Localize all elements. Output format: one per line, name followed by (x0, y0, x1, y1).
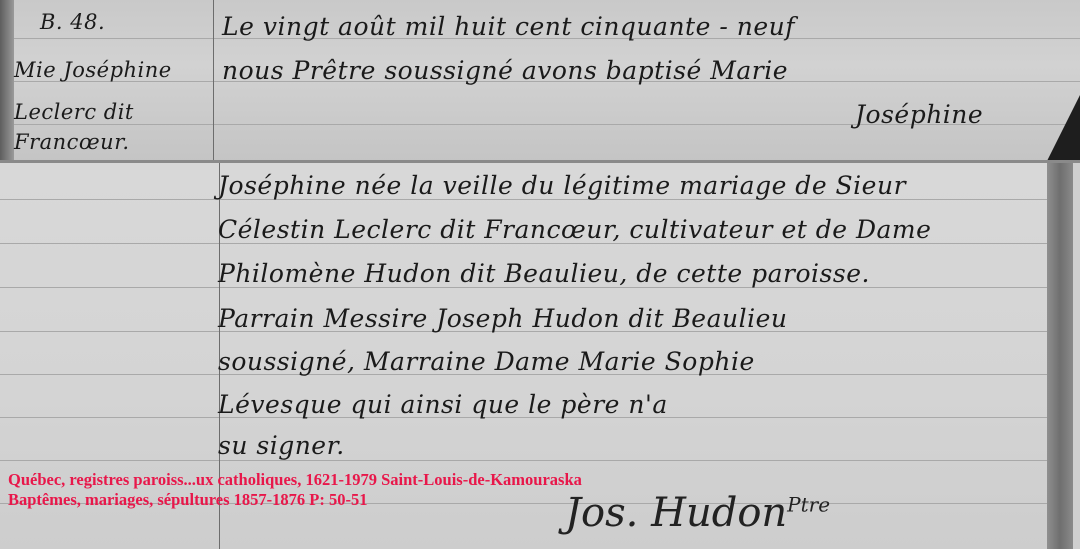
handwritten-line: Philomène Hudon dit Beaulieu, de cette p… (218, 259, 870, 288)
handwritten-line: Le vingt août mil huit cent cinquante - … (222, 12, 795, 41)
priest-signature: Jos. HudonPtre (565, 490, 830, 536)
scan-corner-shadow (1046, 95, 1080, 163)
handwritten-line: nous Prêtre soussigné avons baptisé Mari… (222, 56, 788, 85)
handwritten-line: soussigné, Marraine Dame Marie Sophie (218, 347, 755, 376)
margin-name-line: Francœur. (14, 130, 130, 154)
binding-shadow (1047, 163, 1073, 549)
source-caption: Québec, registres paroiss...ux catholiqu… (8, 470, 582, 510)
handwritten-line: Joséphine (855, 100, 983, 129)
page-edge-shadow (0, 0, 14, 163)
record-number: B. 48. (40, 10, 105, 34)
margin-name-line: Mie Joséphine (14, 58, 172, 82)
handwritten-line: su signer. (218, 431, 345, 460)
page-edge (1073, 163, 1080, 549)
margin-name-line: Leclerc dit (14, 100, 134, 124)
caption-line-volume: Baptêmes, mariages, sépultures 1857-1876… (8, 490, 582, 510)
register-fragment-top: B. 48. Mie Joséphine Leclerc dit Francœu… (0, 0, 1080, 163)
handwritten-line: Célestin Leclerc dit Francœur, cultivate… (218, 215, 931, 244)
ruled-line (0, 460, 1047, 461)
signature-name: Jos. Hudon (565, 490, 787, 536)
caption-line-collection: Québec, registres paroiss...ux catholiqu… (8, 470, 582, 490)
handwritten-line: Parrain Messire Joseph Hudon dit Beaulie… (218, 304, 788, 333)
handwritten-line: Joséphine née la veille du légitime mari… (218, 171, 906, 200)
handwritten-line: Lévesque qui ainsi que le père n'a (218, 390, 668, 419)
margin-divider (213, 0, 214, 163)
signature-suffix: Ptre (787, 493, 830, 517)
